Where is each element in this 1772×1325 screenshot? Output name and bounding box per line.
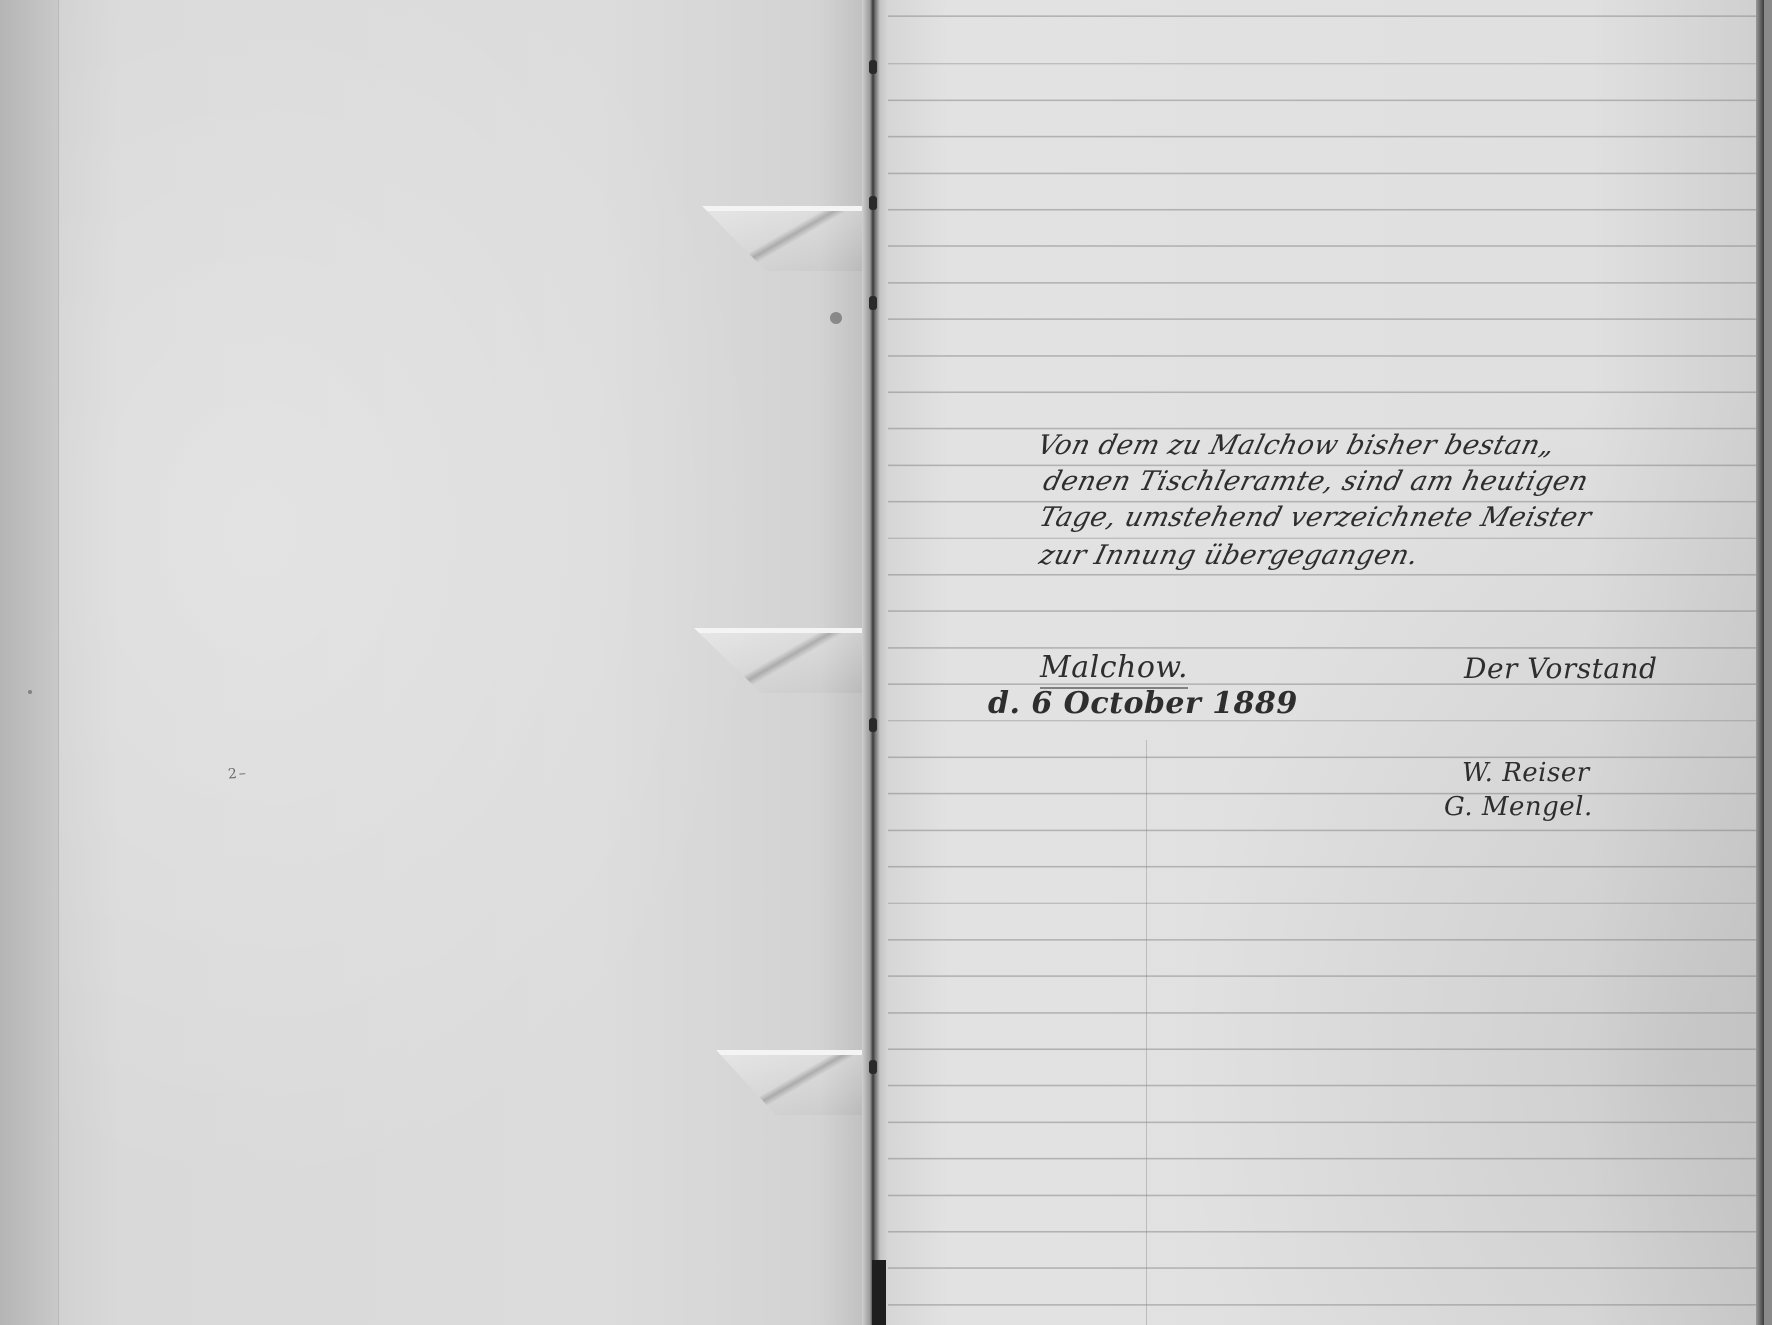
place-name: Malchow. [1040, 650, 1188, 689]
binding-stitch [869, 1060, 877, 1074]
left-page-edge [0, 0, 59, 1325]
binding-spine-shadow [872, 1260, 886, 1325]
pencil-mark: 2– [227, 765, 248, 782]
ledger-spread: 2– Von dem zu Malchow bisher bestan„ den… [0, 0, 1772, 1325]
binding-stitch [869, 60, 877, 74]
entry-line-4: zur Innung übergegangen. [1036, 540, 1422, 571]
entry-date: d. 6 October 1889 [988, 686, 1298, 721]
ink-smudge [28, 690, 32, 694]
entry-line-2: denen Tischleramte, sind am heutigen [1040, 466, 1591, 497]
signature-1: W. Reiser [1462, 758, 1590, 788]
right-page-edge [1756, 0, 1764, 1325]
torn-page-stub [702, 206, 862, 271]
ink-smudge [830, 312, 842, 324]
torn-page-stub [716, 1050, 866, 1115]
binding-stitch [869, 196, 877, 210]
binding-stitch [869, 296, 877, 310]
left-page: 2– [0, 0, 868, 1325]
signature-2: G. Mengel. [1444, 792, 1593, 822]
binding-stitch [869, 718, 877, 732]
torn-page-stub [694, 628, 862, 693]
entry-line-3: Tage, umstehend verzeichnete Meister [1036, 502, 1595, 533]
board-label: Der Vorstand [1464, 652, 1657, 685]
entry-line-1: Von dem zu Malchow bisher bestan„ [1034, 430, 1558, 461]
margin-line [1146, 740, 1147, 1325]
